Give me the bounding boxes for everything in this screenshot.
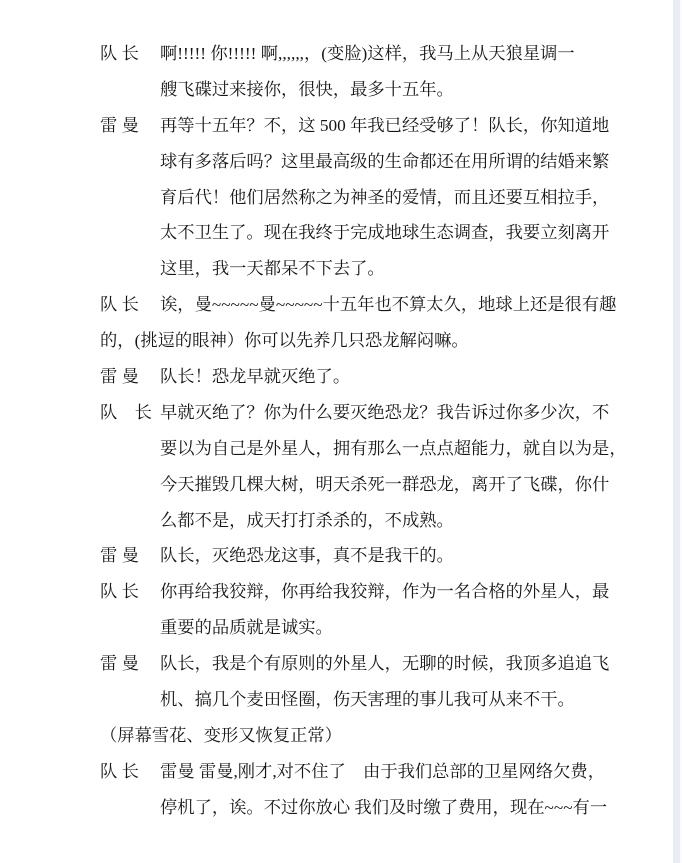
dialogue-text: 艘飞碟过来接你，很快，最多十五年。 <box>160 80 454 99</box>
dialogue-text: 早就灭绝了？你为什么要灭绝恐龙？我告诉过你多少次，不 <box>160 403 609 422</box>
dialogue-text: 机、搞几个麦田怪圈，伤天害理的事儿我可从来不干。 <box>160 690 575 709</box>
page-edge-strip <box>673 0 682 863</box>
script-line: 队 长啊!!!!! 你!!!!! 啊,,,,,,，(变脸)这样，我马上从天狼星调… <box>100 36 640 72</box>
dialogue-text: 球有多落后吗？这里最高级的生命都还在用所谓的结婚来繁 <box>160 152 609 171</box>
script-line: 么都不是，成天打打杀杀的，不成熟。 <box>100 503 640 539</box>
script-page: 队 长啊!!!!! 你!!!!! 啊,,,,,,，(变脸)这样，我马上从天狼星调… <box>100 36 640 826</box>
script-line: 雷 曼再等十五年？不，这 500 年我已经受够了！队长，你知道地 <box>100 108 640 144</box>
speaker-label: 队 长 <box>100 754 160 790</box>
script-line: 育后代！他们居然称之为神圣的爱情，而且还要互相拉手， <box>100 180 640 216</box>
script-line: 今天摧毁几棵大树，明天杀死一群恐龙，离开了飞碟，你什 <box>100 467 640 503</box>
dialogue-text: 太不卫生了。现在我终于完成地球生态调查，我要立刻离开 <box>160 223 609 242</box>
dialogue-text: 队长，灭绝恐龙这事，真不是我干的。 <box>160 546 454 565</box>
script-line: 队 长你再给我狡辩，你再给我狡辩，作为一名合格的外星人，最 <box>100 574 640 610</box>
dialogue-text: 诶，曼~~~~~曼~~~~~十五年也不算太久，地球上还是很有趣 <box>160 295 616 314</box>
script-line: 要以为自己是外星人，拥有那么一点点超能力，就自以为是， <box>100 431 640 467</box>
script-line: 队 长早就灭绝了？你为什么要灭绝恐龙？我告诉过你多少次，不 <box>100 395 640 431</box>
speaker-label: 队 长 <box>100 395 160 431</box>
speaker-label: 队 长 <box>100 287 160 323</box>
speaker-label: 队 长 <box>100 574 160 610</box>
dialogue-text: 啊!!!!! 你!!!!! 啊,,,,,,，(变脸)这样，我马上从天狼星调一 <box>160 44 575 63</box>
dialogue-text: 育后代！他们居然称之为神圣的爱情，而且还要互相拉手， <box>160 188 609 207</box>
dialogue-text: 队长，我是个有原则的外星人，无聊的时候，我顶多追追飞 <box>160 654 609 673</box>
script-line: 的，(挑逗的眼神）你可以先养几只恐龙解闷嘛。 <box>100 323 640 359</box>
stage-direction: （屏幕雪花、变形又恢复正常） <box>100 726 342 745</box>
script-line: 队 长雷曼 雷曼,刚才,对不住了 由于我们总部的卫星网络欠费， <box>100 754 640 790</box>
dialogue-text: 重要的品质就是诚实。 <box>160 618 333 637</box>
speaker-label: 队 长 <box>100 36 160 72</box>
speaker-label: 雷 曼 <box>100 108 160 144</box>
script-line: 重要的品质就是诚实。 <box>100 610 640 646</box>
script-line: 这里，我一天都呆不下去了。 <box>100 251 640 287</box>
script-line: 队 长诶，曼~~~~~曼~~~~~十五年也不算太久，地球上还是很有趣 <box>100 287 640 323</box>
speaker-label: 雷 曼 <box>100 646 160 682</box>
dialogue-text: 你再给我狡辩，你再给我狡辩，作为一名合格的外星人，最 <box>160 582 609 601</box>
script-line: 机、搞几个麦田怪圈，伤天害理的事儿我可从来不干。 <box>100 682 640 718</box>
script-line: 太不卫生了。现在我终于完成地球生态调查，我要立刻离开 <box>100 215 640 251</box>
script-line: 雷 曼队长！恐龙早就灭绝了。 <box>100 359 640 395</box>
dialogue-text: 再等十五年？不，这 500 年我已经受够了！队长，你知道地 <box>160 116 609 135</box>
dialogue-text: 这里，我一天都呆不下去了。 <box>160 259 385 278</box>
script-line: 雷 曼队长，我是个有原则的外星人，无聊的时候，我顶多追追飞 <box>100 646 640 682</box>
dialogue-text: 停机了，诶。不过你放心 我们及时缴了费用，现在~~~有一 <box>160 798 607 817</box>
dialogue-text: 队长！恐龙早就灭绝了。 <box>160 367 350 386</box>
speaker-label: 雷 曼 <box>100 359 160 395</box>
dialogue-text: 的，(挑逗的眼神）你可以先养几只恐龙解闷嘛。 <box>100 331 469 350</box>
script-line: 球有多落后吗？这里最高级的生命都还在用所谓的结婚来繁 <box>100 144 640 180</box>
dialogue-text: 雷曼 雷曼,刚才,对不住了 由于我们总部的卫星网络欠费， <box>160 762 605 781</box>
dialogue-text: 要以为自己是外星人，拥有那么一点点超能力，就自以为是， <box>160 439 627 458</box>
script-line: 雷 曼队长，灭绝恐龙这事，真不是我干的。 <box>100 538 640 574</box>
script-line: 停机了，诶。不过你放心 我们及时缴了费用，现在~~~有一 <box>100 790 640 826</box>
dialogue-text: 么都不是，成天打打杀杀的，不成熟。 <box>160 511 454 530</box>
script-line: 艘飞碟过来接你，很快，最多十五年。 <box>100 72 640 108</box>
speaker-label: 雷 曼 <box>100 538 160 574</box>
script-line: （屏幕雪花、变形又恢复正常） <box>100 718 640 754</box>
dialogue-text: 今天摧毁几棵大树，明天杀死一群恐龙，离开了飞碟，你什 <box>160 475 609 494</box>
